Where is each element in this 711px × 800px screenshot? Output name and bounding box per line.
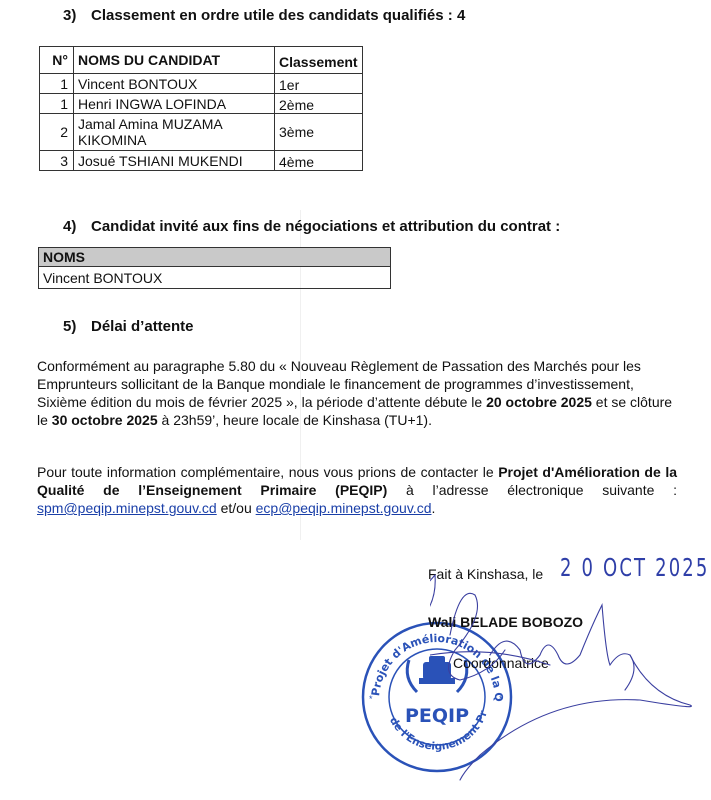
section-5-heading: 5)Délai d’attente [63,318,194,335]
cell-rank: 2ème [275,94,363,114]
cell-number: 3 [40,151,74,171]
table-header-row: NOMS [39,248,391,267]
table-row: 2 Jamal Amina MUZAMA KIKOMINA 3ème [40,114,363,151]
section-title: Délai d’attente [91,318,194,335]
email-link-spm[interactable]: spm@peqip.minepst.gouv.cd [37,500,217,516]
invited-candidate-table: NOMS Vincent BONTOUX [38,247,391,289]
cell-number: 1 [40,94,74,114]
cell-invited-name: Vincent BONTOUX [39,267,391,289]
header-name: NOMS DU CANDIDAT [74,47,275,74]
paragraph-text: et/ou [217,500,256,516]
section-number: 3) [63,7,91,24]
handwritten-signature-icon [430,555,710,795]
section-title: Classement en ordre utile des candidats … [91,7,465,24]
cell-number: 2 [40,114,74,151]
cell-rank: 1er [275,74,363,94]
header-names: NOMS [39,248,391,267]
cell-name: Henri INGWA LOFINDA [74,94,275,114]
table-row: 3 Josué TSHIANI MUKENDI 4ème [40,151,363,171]
header-rank: Classement [275,47,363,74]
waiting-period-paragraph: Conformément au paragraphe 5.80 du « Nou… [37,357,677,429]
table-row: 1 Vincent BONTOUX 1er [40,74,363,94]
paragraph-text: . [431,500,435,516]
cell-name-line2: KIKOMINA [78,132,270,148]
table-header-row: N° NOMS DU CANDIDAT Classement [40,47,363,74]
section-title: Candidat invité aux fins de négociations… [91,218,560,235]
cell-name: Josué TSHIANI MUKENDI [74,151,275,171]
table-row: 1 Henri INGWA LOFINDA 2ème [40,94,363,114]
paragraph-text: à l’adresse électronique suivante : [387,482,677,498]
cell-name: Jamal Amina MUZAMA KIKOMINA [74,114,275,151]
end-date: 30 octobre 2025 [52,412,158,428]
cell-name-line1: Jamal Amina MUZAMA [78,116,270,132]
start-date: 20 octobre 2025 [486,394,592,410]
cell-number: 1 [40,74,74,94]
cell-rank: 4ème [275,151,363,171]
paragraph-text: à 23h59’, heure locale de Kinshasa (TU+1… [158,412,432,428]
email-link-ecp[interactable]: ecp@peqip.minepst.gouv.cd [256,500,432,516]
section-number: 5) [63,318,91,335]
section-3-heading: 3)Classement en ordre utile des candidat… [63,7,465,24]
cell-rank: 3ème [275,114,363,151]
header-number: N° [40,47,74,74]
table-row: Vincent BONTOUX [39,267,391,289]
cell-name: Vincent BONTOUX [74,74,275,94]
paragraph-text: Pour toute information complémentaire, n… [37,464,498,480]
section-4-heading: 4)Candidat invité aux fins de négociatio… [63,218,560,235]
ranking-table: N° NOMS DU CANDIDAT Classement 1 Vincent… [39,46,363,171]
contact-paragraph: Pour toute information complémentaire, n… [37,463,677,517]
section-number: 4) [63,218,91,235]
svg-text:*: * [369,694,373,704]
